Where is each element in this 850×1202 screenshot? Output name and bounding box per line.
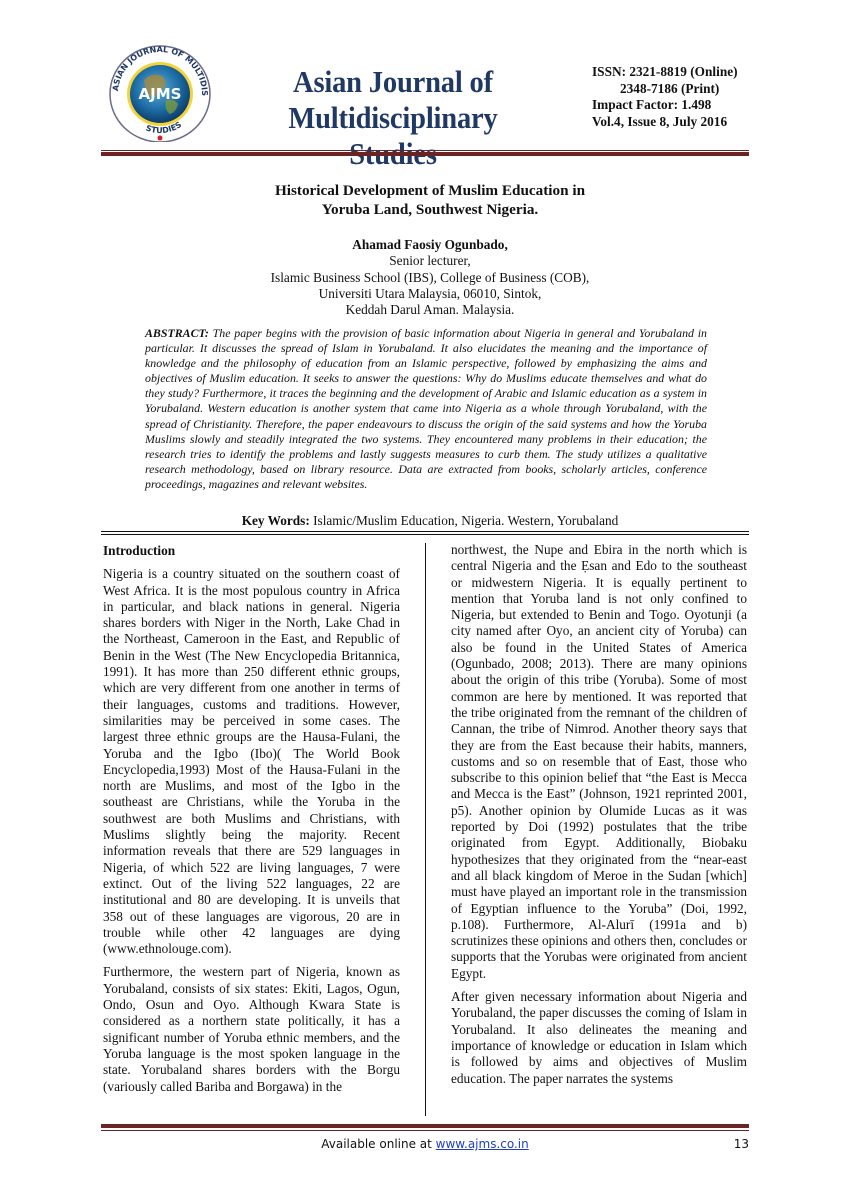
body-paragraph: Furthermore, the western part of Nigeria… (103, 964, 400, 1094)
abstract: ABSTRACT: The paper begins with the prov… (145, 326, 707, 492)
footer-available-text: Available online at (321, 1137, 435, 1151)
body-paragraph: Nigeria is a country situated on the sou… (103, 566, 400, 957)
affiliation-line1: Islamic Business School (IBS), College o… (140, 270, 720, 286)
paper-title: Historical Development of Muslim Educati… (140, 181, 720, 219)
footer-website-link[interactable]: www.ajms.co.in (436, 1137, 529, 1151)
footer-rule-thin (101, 1130, 749, 1131)
section-heading-introduction: Introduction (103, 543, 400, 559)
keywords-text: Islamic/Muslim Education, Nigeria. Weste… (313, 513, 618, 528)
keywords: Key Words: Islamic/Muslim Education, Nig… (140, 513, 720, 529)
footer-availability: Available online at www.ajms.co.in (101, 1137, 749, 1151)
keywords-label: Key Words: (242, 513, 310, 528)
author-position: Senior lecturer, (140, 253, 720, 269)
right-column: northwest, the Nupe and Ebira in the nor… (451, 542, 747, 1094)
ajms-globe-logo-icon: AJMS ASIAN JOURNAL OF MULTIDISCIPLINARY … (96, 42, 224, 142)
keywords-rule-top (101, 531, 749, 532)
footer-rule-thick (101, 1124, 749, 1128)
abstract-label: ABSTRACT: (145, 326, 209, 340)
journal-title-line2: Multidisciplinary Studies (241, 100, 545, 172)
body-paragraph: After given necessary information about … (451, 989, 747, 1087)
body-paragraph: northwest, the Nupe and Ebira in the nor… (451, 542, 747, 982)
keywords-rule-bottom (101, 534, 749, 535)
column-divider (425, 543, 426, 1116)
journal-title-line1: Asian Journal of (241, 64, 545, 100)
impact-factor: Impact Factor: 1.498 (592, 97, 738, 114)
author-name: Ahamad Faosiy Ogunbado, (140, 237, 720, 253)
issn-print: 2348-7186 (Print) (592, 81, 738, 98)
affiliation-line2: Universiti Utara Malaysia, 06010, Sintok… (140, 286, 720, 302)
header-rule-thin (101, 150, 749, 151)
left-column: Introduction Nigeria is a country situat… (103, 543, 400, 1102)
abstract-text: The paper begins with the provision of b… (145, 326, 707, 491)
paper-title-line2: Yoruba Land, Southwest Nigeria. (140, 200, 720, 219)
affiliation-line3: Keddah Darul Aman. Malaysia. (140, 302, 720, 318)
issn-block: ISSN: 2321-8819 (Online) 2348-7186 (Prin… (592, 64, 738, 130)
issn-online: ISSN: 2321-8819 (Online) (592, 64, 738, 81)
author-block: Ahamad Faosiy Ogunbado, Senior lecturer,… (140, 237, 720, 318)
journal-logo: AJMS ASIAN JOURNAL OF MULTIDISCIPLINARY … (96, 42, 224, 142)
svg-text:AJMS: AJMS (139, 85, 182, 103)
page-number: 13 (700, 1137, 749, 1151)
volume-issue: Vol.4, Issue 8, July 2016 (592, 114, 738, 131)
header-rule-thick (101, 152, 749, 156)
paper-title-line1: Historical Development of Muslim Educati… (140, 181, 720, 200)
